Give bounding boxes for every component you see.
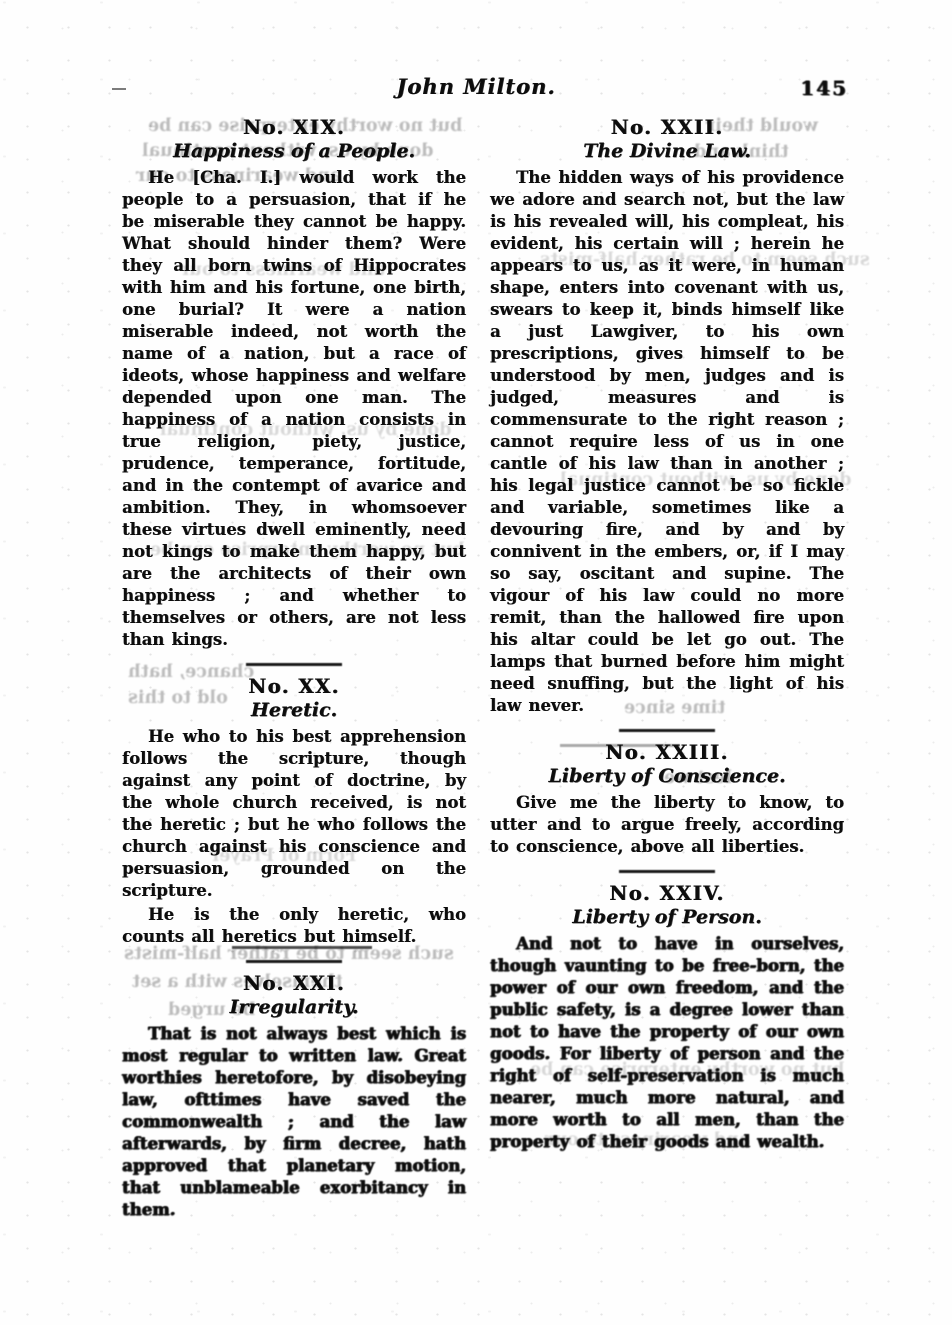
left-column: No. XIX. Happiness of a People. He [Cha.… — [122, 116, 466, 1221]
bleedthrough-line — [560, 744, 680, 747]
section-number: No. XIX. — [122, 116, 466, 139]
section-title: Irregularity. — [122, 996, 466, 1018]
book-page: John Milton. 145 No. XIX. Happiness of a… — [0, 0, 952, 1325]
section-paragraph: He is the only heretic, who counts all h… — [122, 904, 466, 948]
section-number: No. XXIV. — [490, 882, 844, 905]
section-divider — [246, 663, 342, 666]
bleedthrough-line — [232, 946, 372, 949]
section-divider — [619, 870, 715, 873]
section-number: No. XX. — [122, 675, 466, 698]
section-title: Liberty of Person. — [490, 906, 844, 928]
section-xxii: No. XXII. The Divine Law. The hidden way… — [490, 116, 844, 717]
right-column: No. XXII. The Divine Law. The hidden way… — [490, 116, 844, 1153]
section-divider — [619, 729, 715, 732]
section-paragraph: He who to his best apprehension follows … — [122, 726, 466, 902]
section-number: No. XXII. — [490, 116, 844, 139]
section-xix: No. XIX. Happiness of a People. He [Cha.… — [122, 116, 466, 651]
section-divider — [246, 960, 342, 963]
section-title: Happiness of a People. — [122, 140, 466, 162]
section-title: Heretic. — [122, 699, 466, 721]
section-paragraph: Give me the liberty to know, to utter an… — [490, 792, 844, 858]
section-number: No. XXI. — [122, 972, 466, 995]
section-paragraph: That is not always best which is most re… — [122, 1023, 466, 1221]
section-xxiii: No. XXIII. Liberty of Conscience. Give m… — [490, 741, 844, 858]
section-title: The Divine Law. — [490, 140, 844, 162]
page-title: John Milton. — [396, 74, 555, 99]
page-number: 145 — [800, 76, 848, 100]
section-paragraph: He [Cha. I.] would work the people to a … — [122, 167, 466, 651]
section-title: Liberty of Conscience. — [490, 765, 844, 787]
section-xx: No. XX. Heretic. He who to his best appr… — [122, 675, 466, 948]
section-xxi: No. XXI. Irregularity. That is not alway… — [122, 972, 466, 1221]
section-paragraph: And not to have in ourselves, though vau… — [490, 933, 844, 1153]
section-xxiv: No. XXIV. Liberty of Person. And not to … — [490, 882, 844, 1153]
section-paragraph: The hidden ways of his providence we ado… — [490, 167, 844, 717]
